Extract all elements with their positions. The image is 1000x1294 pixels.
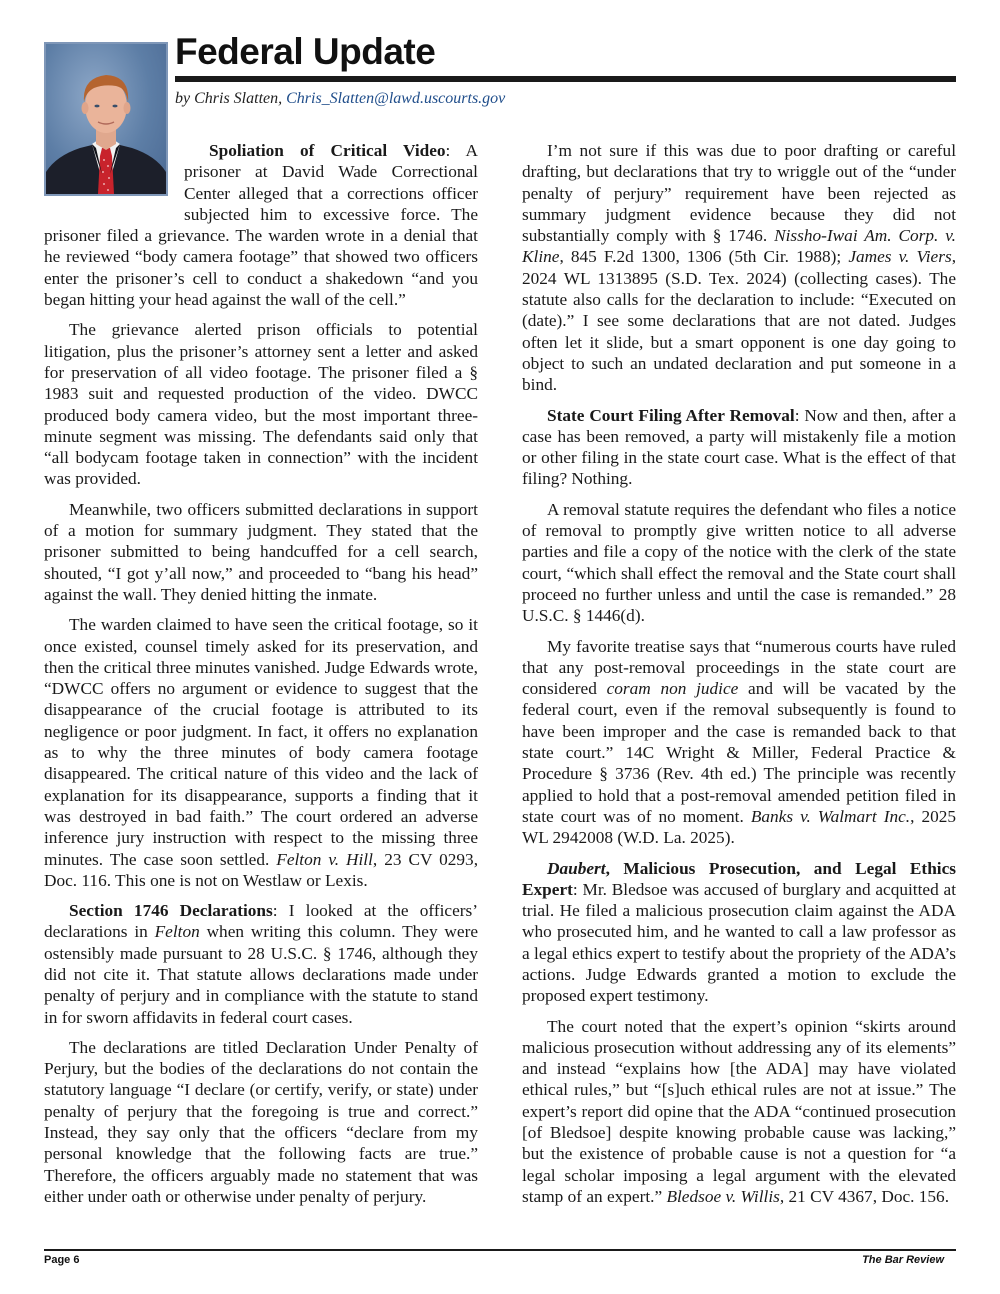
- photo-wrap-space: [44, 140, 184, 224]
- page-title: Federal Update: [175, 30, 435, 74]
- newsletter-page: Federal Update by Chris Slatten, Chris_S…: [0, 0, 1000, 1294]
- article-paragraph: The declarations are titled Declaration …: [44, 1037, 478, 1207]
- byline: by Chris Slatten, Chris_Slatten@lawd.usc…: [175, 90, 505, 108]
- article-paragraph: Meanwhile, two officers submitted declar…: [44, 499, 478, 605]
- case-name: James v. Viers: [848, 247, 951, 266]
- case-name: Felton: [155, 922, 200, 941]
- article-paragraph: Daubert, Malicious Prosecution, and Lega…: [522, 858, 956, 1007]
- case-name: Banks v. Walmart Inc.: [751, 807, 910, 826]
- case-name: Bledsoe v. Willis: [666, 1187, 779, 1206]
- right-column: I’m not sure if this was due to poor dra…: [522, 140, 956, 1216]
- article-paragraph: The court noted that the expert’s opinio…: [522, 1016, 956, 1208]
- title-divider: [175, 76, 956, 82]
- article-paragraph: The grievance alerted prison officials t…: [44, 319, 478, 489]
- article-paragraph: Section 1746 Declarations: I looked at t…: [44, 900, 478, 1028]
- section-heading-spoliation: Spoliation of Critical Video: [209, 141, 446, 160]
- left-column: Spoliation of Critical Video: A prisoner…: [44, 140, 478, 1216]
- article-paragraph: The warden claimed to have seen the crit…: [44, 614, 478, 891]
- article-paragraph: State Court Filing After Removal: Now an…: [522, 405, 956, 490]
- article-paragraph: I’m not sure if this was due to poor dra…: [522, 140, 956, 396]
- page-number: Page 6: [44, 1254, 79, 1266]
- section-heading-removal: State Court Filing After Removal: [547, 406, 795, 425]
- publication-name: The Bar Review: [862, 1254, 944, 1266]
- case-name: Felton v. Hill: [276, 850, 373, 869]
- article-paragraph: A removal statute requires the defendant…: [522, 499, 956, 627]
- author-email-link[interactable]: Chris_Slatten@lawd.uscourts.gov: [286, 90, 505, 107]
- article-paragraph: My favorite treatise says that “numerous…: [522, 636, 956, 849]
- footer-divider: [44, 1249, 956, 1251]
- byline-author: by Chris Slatten,: [175, 90, 286, 107]
- section-heading-1746: Section 1746 Declarations: [69, 901, 273, 920]
- latin-phrase: coram non judice: [607, 679, 739, 698]
